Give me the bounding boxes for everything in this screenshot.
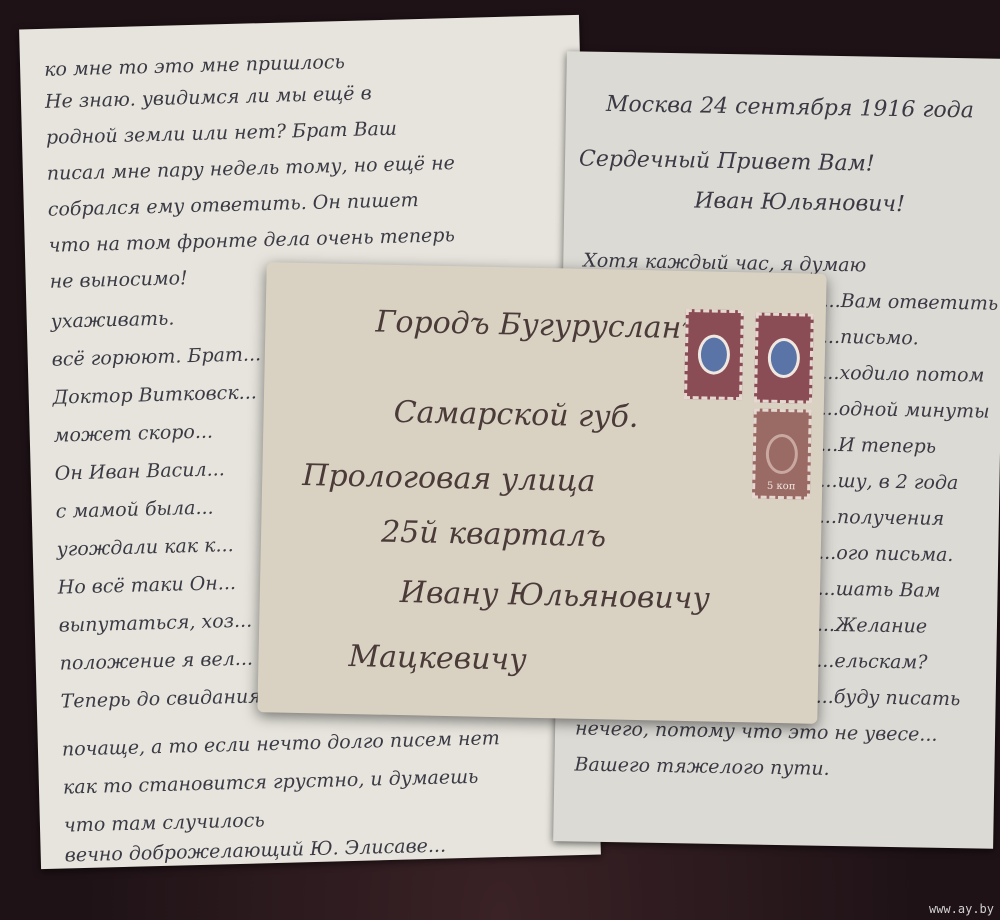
envelope-recipient-surname: Мацкевичу (348, 639, 527, 678)
envelope-city: Городъ Бугурусланъ (375, 304, 702, 346)
letter-line: ...буду писать (816, 686, 961, 711)
envelope-recipient-name: Ивану Юльяновичу (400, 575, 711, 616)
letter-line: Он Иван Васил... (54, 458, 225, 484)
letter-line: что на том фронте дела очень теперь (48, 224, 455, 257)
eagle-emblem-icon (765, 434, 798, 475)
letter-line: с мамой была... (55, 497, 213, 523)
letter-line: ...И теперь (820, 434, 936, 458)
envelope: Городъ Бугурусланъ Самарской губ. Пролог… (257, 262, 826, 724)
letter-line: Вашего тяжелого пути. (574, 753, 830, 779)
letter-line: ...шать Вам (817, 578, 940, 602)
letter-line: что там случилось (64, 809, 265, 836)
eagle-emblem-icon (767, 338, 800, 379)
letter-line: ...письмо. (822, 326, 919, 350)
postage-stamp (684, 309, 744, 400)
envelope-province: Самарской губ. (393, 395, 639, 435)
letter-line: ...Желание (817, 614, 928, 638)
postage-stamp (754, 312, 814, 403)
watermark: www.ay.by (929, 902, 994, 916)
letter-line: ...шу, в 2 года (819, 470, 958, 494)
letter-line: Доктор Витковск... (52, 381, 257, 408)
letter-line: почаще, а то если нечто долго писем нет (62, 727, 500, 760)
letter-greeting: Сердечный Привет Вам! (579, 146, 875, 176)
letter-line: родной земли или нет? Брат Ваш (46, 118, 397, 149)
letter-line: ...Вам ответить (822, 290, 998, 315)
letter-line: всё горюют. Брат... (51, 343, 261, 370)
letter-line: может скоро... (53, 421, 213, 447)
letter-line: Не знаю. увидимся ли мы ещё в (45, 82, 372, 113)
letter-line: угождали как к... (56, 534, 233, 561)
letter-line: выпутаться, хоз... (58, 610, 252, 637)
postage-stamp: 5 коп (752, 408, 812, 499)
letter-line: ухаживать. (50, 308, 174, 333)
letter-line: ...получения (819, 506, 945, 530)
letter-date: Москва 24 сентября 1916 года (606, 92, 974, 123)
letter-line: положение я вел... (59, 648, 253, 675)
letter-line: ...ельскам? (816, 650, 927, 674)
letter-line: ...ходило потом (821, 362, 984, 387)
letter-line: ко мне то это мне пришлось (44, 51, 345, 81)
letter-line: ...одной минуты (821, 398, 990, 423)
letter-line: писал мне пару недель тому, но ещё не (47, 152, 455, 185)
letter-addressee: Иван Юльянович! (694, 188, 905, 217)
letter-line: не выносимо! (49, 267, 188, 293)
letter-line: Но всё таки Он... (57, 572, 236, 599)
letter-line: как то становится грустно, и думаешь (63, 766, 479, 799)
letter-line: Теперь до свидания (60, 685, 261, 712)
eagle-emblem-icon (698, 334, 731, 375)
letter-line: ...ого письма. (818, 542, 954, 566)
letter-line: собрался ему ответить. Он пишет (48, 189, 419, 221)
envelope-quarter: 25й кварталъ (381, 515, 607, 555)
envelope-street: Прологовая улица (302, 458, 596, 499)
